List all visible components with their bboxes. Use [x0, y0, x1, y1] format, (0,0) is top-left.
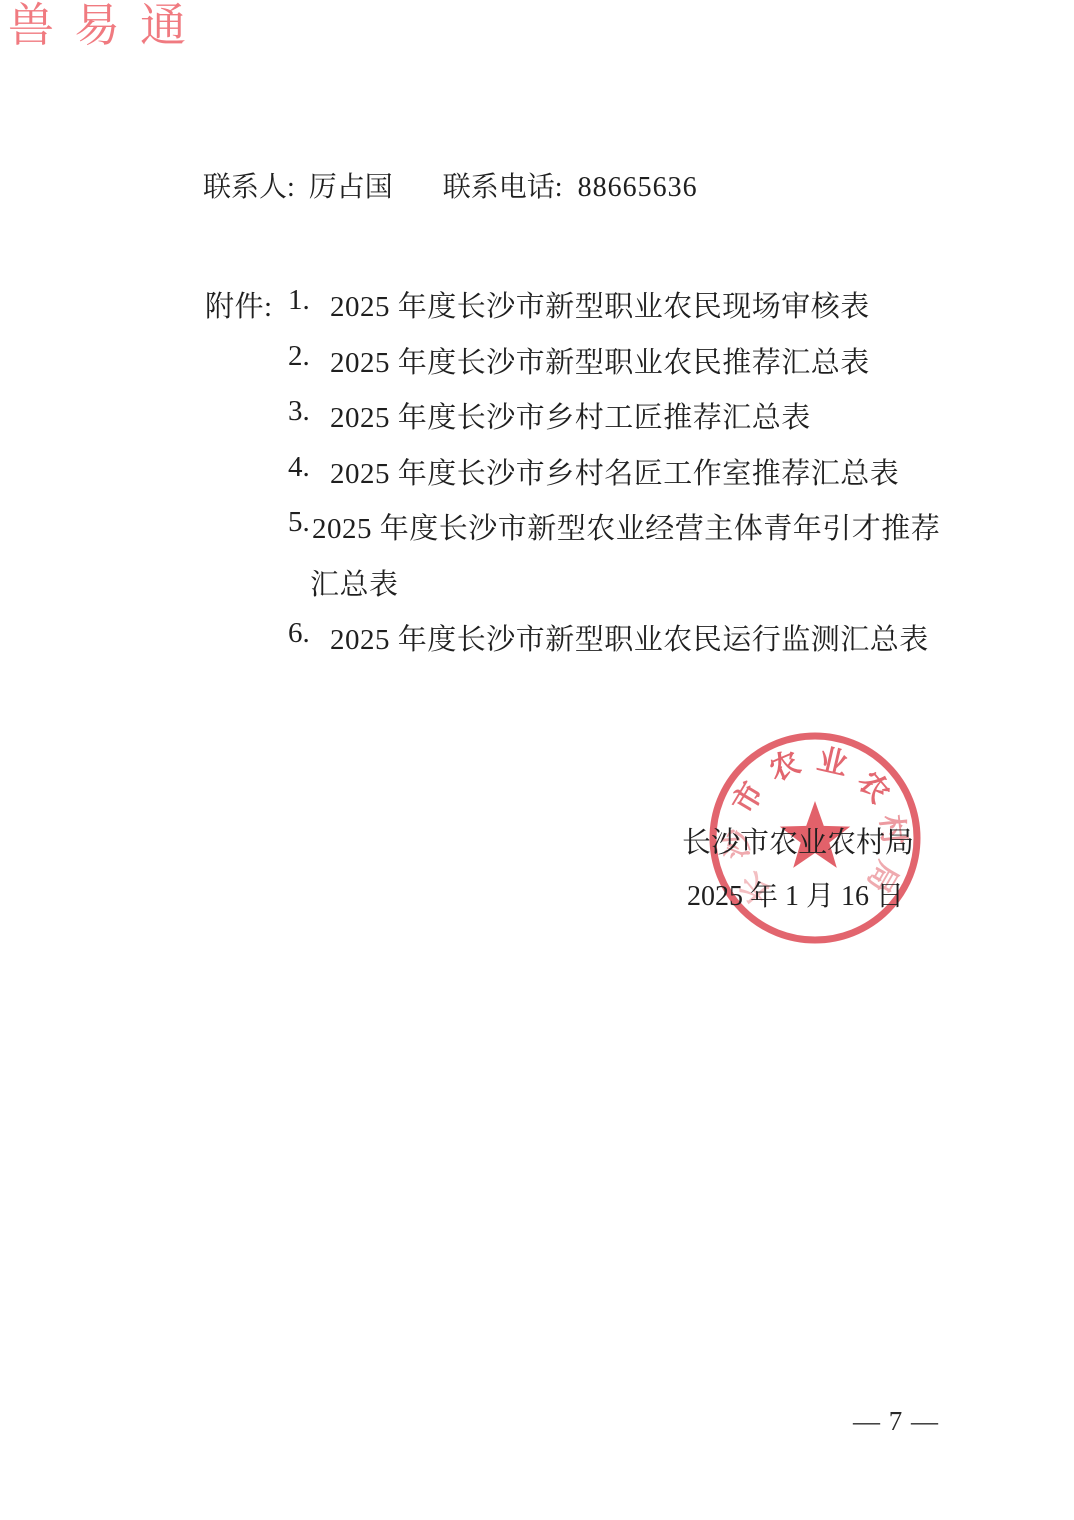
signature-organization: 长沙市农业农村局: [682, 820, 914, 861]
attachment-row-4: 4. 2025 年度长沙市乡村名匠工作室推荐汇总表: [205, 451, 940, 507]
contact-person-label: 联系人:: [203, 172, 295, 203]
attachment-1-title: 2025 年度长沙市新型职业农民现场审核表: [330, 284, 870, 325]
contact-phone-number: 88665636: [578, 172, 698, 203]
contact-phone-label: 联系电话:: [443, 172, 563, 203]
attachment-list: 附件: 1. 2025 年度长沙市新型职业农民现场审核表 2. 2025 年度长…: [205, 284, 940, 673]
seal-char: 农: [764, 746, 805, 788]
attachment-6-title: 2025 年度长沙市新型职业农民运行监测汇总表: [330, 617, 929, 658]
attachment-5-title: 2025 年度长沙市新型农业经营主体青年引才推荐: [312, 506, 940, 547]
attachment-4-title: 2025 年度长沙市乡村名匠工作室推荐汇总表: [330, 451, 899, 492]
attachments-label: 附件:: [205, 284, 288, 325]
attachment-1-number: 1.: [288, 284, 330, 317]
attachment-row-6: 6. 2025 年度长沙市新型职业农民运行监测汇总表: [205, 617, 940, 673]
attachment-5-number: 5.: [288, 506, 312, 539]
attachment-3-title: 2025 年度长沙市乡村工匠推荐汇总表: [330, 395, 811, 436]
document-page: 兽易通 联系人:厉占国联系电话:88665636 附件: 1. 2025 年度长…: [0, 0, 1074, 1520]
attachment-5-title-continued: 汇总表: [310, 562, 399, 603]
attachment-row-2: 2. 2025 年度长沙市新型职业农民推荐汇总表: [205, 340, 940, 396]
seal-char: 市: [727, 777, 771, 820]
attachment-row-3: 3. 2025 年度长沙市乡村工匠推荐汇总表: [205, 395, 940, 451]
attachment-row-5-wrap: 汇总表: [205, 562, 940, 618]
attachment-2-title: 2025 年度长沙市新型职业农民推荐汇总表: [330, 340, 870, 381]
attachment-row-5: 5. 2025 年度长沙市新型农业经营主体青年引才推荐: [205, 506, 940, 562]
contact-person-name: 厉占国: [309, 172, 393, 203]
contact-line: 联系人:厉占国联系电话:88665636: [203, 171, 698, 205]
page-number: — 7 —: [853, 1406, 939, 1437]
attachment-6-number: 6.: [288, 617, 330, 650]
attachment-2-number: 2.: [288, 340, 330, 373]
seal-char: 业: [814, 743, 851, 782]
signature-date: 2025 年 1 月 16 日: [687, 874, 904, 914]
attachment-3-number: 3.: [288, 395, 330, 428]
attachment-row-1: 附件: 1. 2025 年度长沙市新型职业农民现场审核表: [205, 284, 940, 340]
shouyitong-watermark: 兽易通: [8, 0, 206, 52]
attachment-4-number: 4.: [288, 451, 330, 484]
